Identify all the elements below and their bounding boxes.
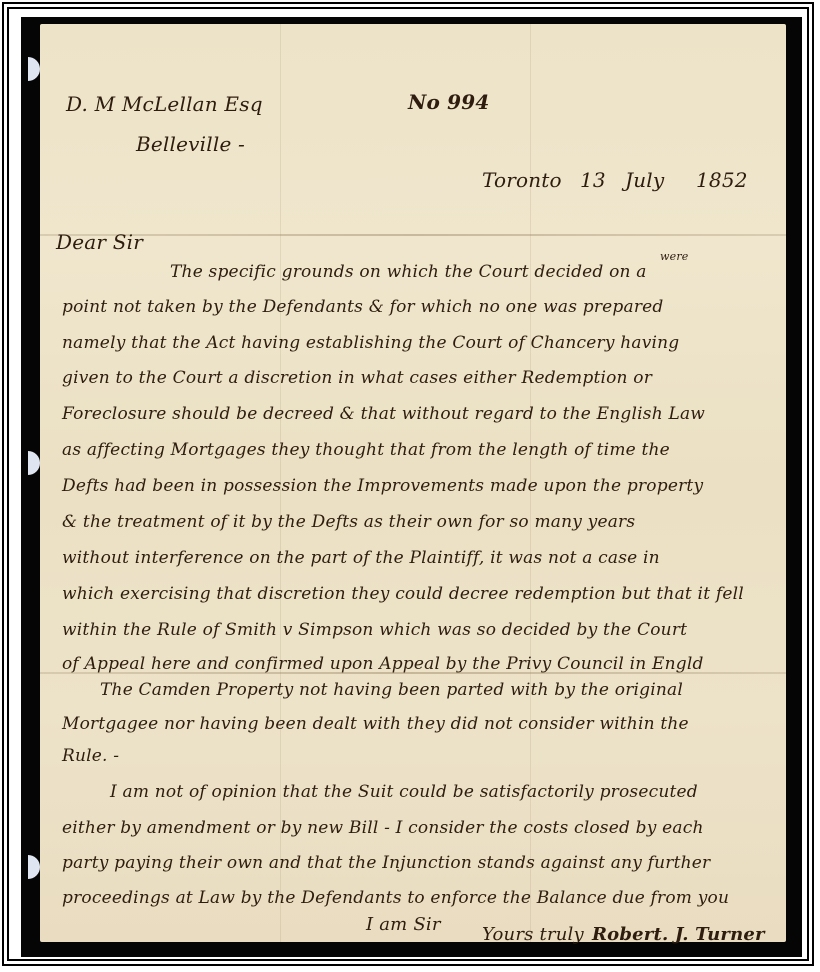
valediction: Yours truly <box>482 924 584 945</box>
body-line-3: namely that the Act having establishing … <box>62 333 679 353</box>
body-line-17: either by amendment or by new Bill - I c… <box>62 818 704 838</box>
inserted-word: were <box>660 250 689 263</box>
date-year: 1852 <box>696 168 748 192</box>
body-line-16: I am not of opinion that the Suit could … <box>110 782 698 802</box>
body-line-1: The specific grounds on which the Court … <box>170 262 647 282</box>
body-line-12: of Appeal here and confirmed upon Appeal… <box>62 654 704 674</box>
body-line-10: which exercising that discretion they co… <box>62 584 744 604</box>
body-line-15: Rule. - <box>62 746 119 766</box>
body-line-14: Mortgagee nor having been dealt with the… <box>62 714 689 734</box>
body-line-5: Foreclosure should be decreed & that wit… <box>62 404 705 424</box>
date-place: Toronto <box>482 168 562 192</box>
body-line-8: & the treatment of it by the Defts as th… <box>62 512 635 532</box>
signature: Robert. J. Turner <box>592 924 765 945</box>
paper-fold-top <box>40 234 786 236</box>
body-line-19: proceedings at Law by the Defendants to … <box>62 888 729 908</box>
date-month: July <box>625 168 664 192</box>
addressee-place: Belleville - <box>136 132 245 156</box>
closing: I am Sir <box>366 914 441 935</box>
body-line-2: point not taken by the Defendants & for … <box>62 297 664 317</box>
body-line-11: within the Rule of Smith v Simpson which… <box>62 620 687 640</box>
body-line-9: without interference on the part of the … <box>62 548 660 568</box>
letter-number: No 994 <box>408 90 490 114</box>
body-line-6: as affecting Mortgages they thought that… <box>62 440 670 460</box>
date-day: 13 <box>580 168 606 192</box>
letter-paper: D. M McLellan Esq Belleville - No 994 To… <box>40 24 786 942</box>
body-line-7: Defts had been in possession the Improve… <box>62 476 703 496</box>
body-line-18: party paying their own and that the Inju… <box>62 853 710 873</box>
body-line-4: given to the Court a discretion in what … <box>62 368 652 388</box>
salutation: Dear Sir <box>56 230 143 254</box>
addressee: D. M McLellan Esq <box>66 92 263 116</box>
body-line-13: The Camden Property not having been part… <box>100 680 683 700</box>
